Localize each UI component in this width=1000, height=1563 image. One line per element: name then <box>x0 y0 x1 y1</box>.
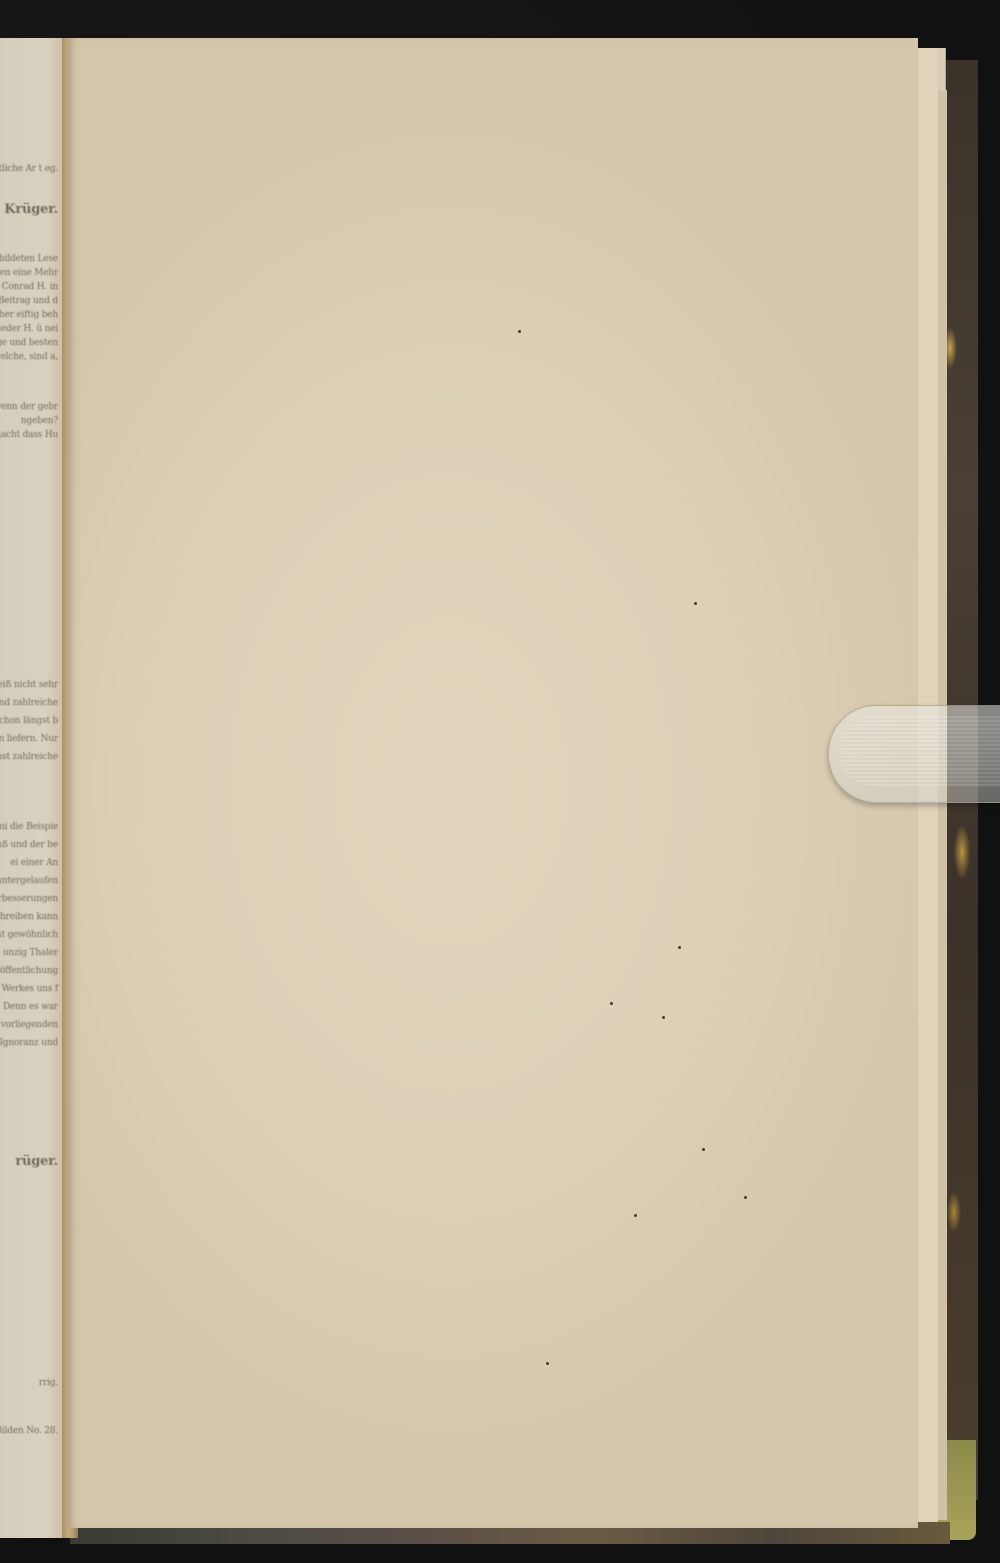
left-page-line: untergelaufen <box>0 876 58 886</box>
foxing-spot <box>694 602 697 605</box>
foxing-spot <box>610 1002 613 1005</box>
foxing-spot <box>702 1148 705 1151</box>
left-page-line: Ignoranz und <box>0 1038 58 1048</box>
blank-right-page <box>68 38 918 1528</box>
left-page-line: unzig Thaler <box>3 948 58 958</box>
left-page-line: n liefern. Nur <box>0 734 58 744</box>
left-page-line: Denn es war <box>3 1002 58 1012</box>
left-page-line: i lage und besten <box>0 338 58 348</box>
left-page-line: ertliche Ar t eg. <box>0 164 58 174</box>
left-page-line: ngeben? <box>21 416 58 426</box>
left-page-line: schreiben kann <box>0 912 58 922</box>
foxing-spot <box>744 1196 747 1199</box>
left-page-line: ruß und der be <box>0 840 58 850</box>
left-page-line: de, welche, sind a, <box>0 352 58 362</box>
left-page-line: nicht gewöhnlich <box>0 930 58 940</box>
left-page: ertliche Ar t eg.W. Krüger.hiet gebildet… <box>0 38 66 1538</box>
foxing-spot <box>678 946 681 949</box>
left-page-line: mi die Beispie <box>0 822 58 832</box>
left-page-line: schon längst b <box>0 716 58 726</box>
foxing-spot <box>662 1016 665 1019</box>
left-page-line: eglieder H. ü nei <box>0 324 58 334</box>
left-page-line: rüger. <box>15 1154 58 1169</box>
left-page-line: glichst zahlreiche <box>0 752 58 762</box>
foxing-spot <box>546 1362 549 1365</box>
left-page-line: Veröffentlichung <box>0 966 58 976</box>
left-page-line: weiß nicht sehr <box>0 680 58 690</box>
left-page-line: rrig. <box>39 1378 58 1388</box>
left-page-line: Verbesserungen <box>0 894 58 904</box>
foxing-spot <box>634 1214 637 1217</box>
left-page-line: ei einer An <box>10 858 58 868</box>
left-page-line: vorliegenden <box>1 1020 58 1030</box>
left-page-line: is wenn der gebr <box>0 402 58 412</box>
left-page-line: g gemacht dass Hu <box>0 430 58 440</box>
left-page-line: Werkes uns f <box>2 984 58 994</box>
foxing-spot <box>518 330 521 333</box>
left-page-line: uch. Conrad H. in <box>0 282 58 292</box>
left-page-line: W. Krüger. <box>0 202 58 217</box>
left-page-line: her eiftig beh <box>0 310 58 320</box>
page-clip <box>828 705 1000 803</box>
left-page-line: hiet gebildeten Lese <box>0 254 58 264</box>
left-page-line: Bilden No. 28. <box>0 1426 58 1436</box>
left-page-text: ertliche Ar t eg.W. Krüger.hiet gebildet… <box>0 38 62 1538</box>
left-page-line: rchen Beitrag und d <box>0 296 58 306</box>
left-page-line: und zahlreiche <box>0 698 58 708</box>
left-page-line: einigen eine Mehr <box>0 268 58 278</box>
